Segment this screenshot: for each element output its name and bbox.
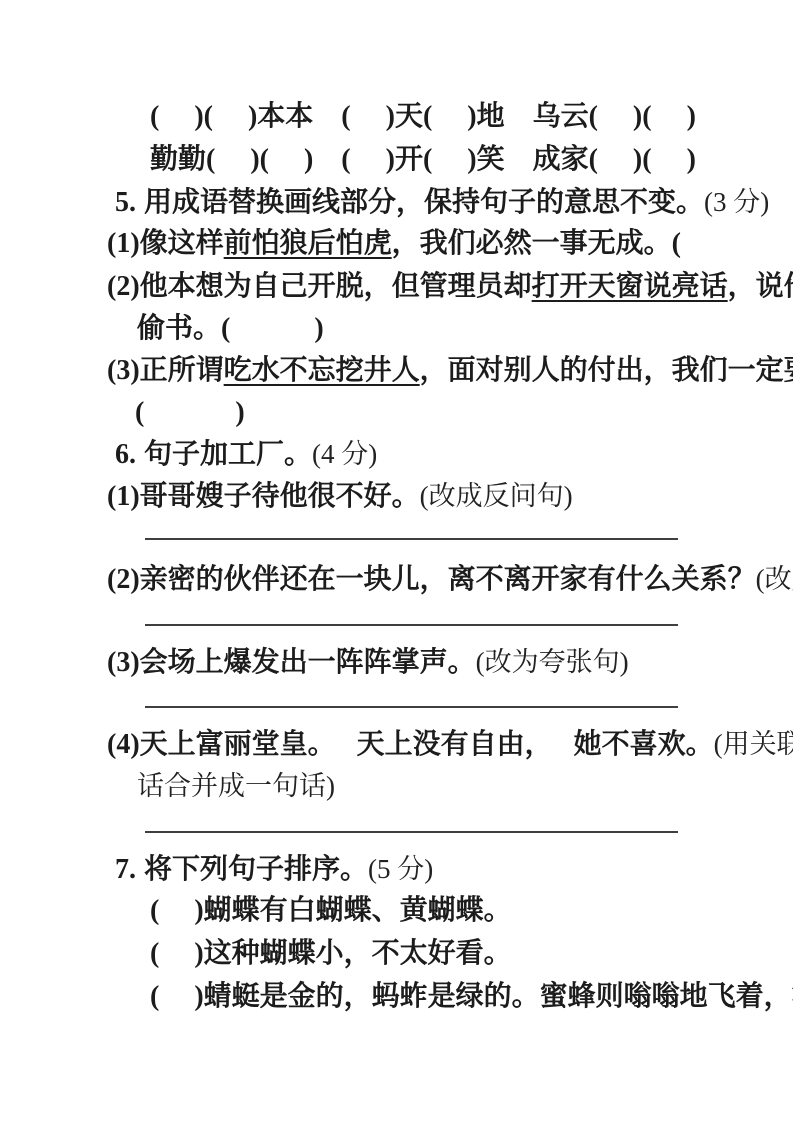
question-7-number: 7. — [115, 854, 136, 885]
q5-item-3: (3)正所谓吃水不忘挖井人，面对别人的付出，我们一定要想着回报。 — [107, 354, 793, 388]
q5-item-1-underlined-phrase: 前怕狼后怕虎 — [224, 228, 392, 259]
q6-item-4-note: (用关联词将两句 — [714, 729, 793, 759]
question-5-number: 5. — [115, 187, 136, 218]
q5-item-2-underlined-phrase: 打开天窗说亮话 — [532, 271, 728, 302]
q5-item-3-answer-parens: ( ) — [135, 396, 245, 430]
q6-item-1-note: (改成反问句) — [420, 481, 573, 511]
q5-item-3-pre: (3)正所谓 — [107, 355, 224, 386]
answer-blank-line-4 — [145, 831, 678, 833]
fill-blank-row-2: 勤勤( )( ) ( )开( )笑 成家( )( ) — [150, 143, 696, 177]
question-5-heading: 5.用成语替换画线部分，保持句子的意思不变。(3 分) — [115, 185, 769, 220]
worksheet-page: ( )( )本本 ( )天( )地 乌云( )( ) 勤勤( )( ) ( )开… — [0, 0, 793, 1122]
q6-item-4: (4)天上富丽堂皇。 天上没有自由， 她不喜欢。(用关联词将两句 — [107, 727, 793, 762]
q5-item-3-underlined-phrase: 吃水不忘挖井人 — [224, 355, 420, 386]
question-6-title: 句子加工厂。 — [144, 439, 312, 470]
q6-item-3: (3)会场上爆发出一阵阵掌声。(改为夸张句) — [107, 645, 629, 680]
q5-item-1: (1)像这样前怕狼后怕虎，我们必然一事无成。( ) — [107, 227, 793, 261]
question-5-points: (3 分) — [704, 187, 769, 217]
q6-item-2-note: (改成陈述句) — [756, 564, 793, 594]
q7-item-2: ( )这种蝴蝶小，不太好看。 — [150, 937, 512, 971]
fill-blank-row-1: ( )( )本本 ( )天( )地 乌云( )( ) — [150, 100, 696, 134]
q6-item-3-text: (3)会场上爆发出一阵阵掌声。 — [107, 647, 476, 678]
q6-item-4-text: (4)天上富丽堂皇。 天上没有自由， 她不喜欢。 — [107, 729, 714, 760]
q7-item-1: ( )蝴蝶有白蝴蝶、黄蝴蝶。 — [150, 894, 512, 928]
answer-blank-line-3 — [145, 706, 678, 708]
q6-item-2: (2)亲密的伙伴还在一块儿，离不离开家有什么关系？(改成陈述句) — [107, 562, 793, 597]
q6-item-1: (1)哥哥嫂子待他很不好。(改成反问句) — [107, 479, 573, 514]
q5-item-2-post: ，说他其实就是想 — [728, 271, 793, 302]
question-7-heading: 7.将下列句子排序。(5 分) — [115, 852, 433, 887]
question-6-number: 6. — [115, 439, 136, 470]
q5-item-2-pre: (2)他本想为自己开脱，但管理员却 — [107, 271, 532, 302]
question-6-points: (4 分) — [312, 439, 377, 469]
q5-item-1-post: ，我们必然一事无成。( ) — [392, 228, 793, 259]
q5-item-1-pre: (1)像这样 — [107, 228, 224, 259]
answer-blank-line-1 — [145, 538, 678, 540]
q6-item-3-note: (改为夸张句) — [476, 647, 629, 677]
question-5-title: 用成语替换画线部分，保持句子的意思不变。 — [144, 187, 704, 218]
q7-item-3: ( )蜻蜓是金的，蚂蚱是绿的。蜜蜂则嗡嗡地飞着，满身绒毛， — [150, 980, 793, 1014]
q6-item-4-note-continuation: 话合并成一句话) — [137, 769, 335, 803]
q5-item-2-continuation: 偷书。( ) — [137, 312, 324, 346]
q6-item-1-text: (1)哥哥嫂子待他很不好。 — [107, 481, 420, 512]
q5-item-2: (2)他本想为自己开脱，但管理员却打开天窗说亮话，说他其实就是想 — [107, 270, 793, 304]
answer-blank-line-2 — [145, 624, 678, 626]
question-6-heading: 6.句子加工厂。(4 分) — [115, 437, 377, 472]
q5-item-3-post: ，面对别人的付出，我们一定要想着回报。 — [420, 355, 793, 386]
question-7-points: (5 分) — [368, 854, 433, 884]
question-7-title: 将下列句子排序。 — [144, 854, 368, 885]
q6-item-2-text: (2)亲密的伙伴还在一块儿，离不离开家有什么关系？ — [107, 564, 756, 595]
